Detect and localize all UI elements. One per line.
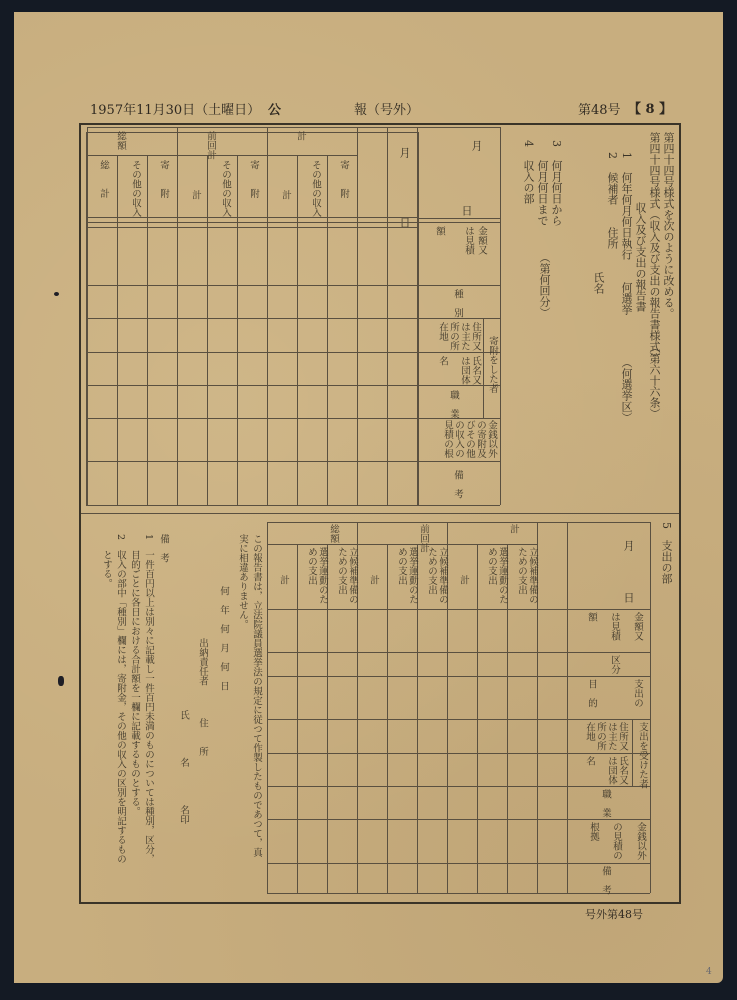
income-col-month: 月 <box>398 147 411 158</box>
item-3-num: 3 <box>550 140 563 147</box>
election-type: 何選挙 <box>620 282 633 315</box>
header-publication-left: 公 <box>268 99 281 118</box>
income-subheader-line <box>86 227 418 228</box>
amendment-text: 第四十四号様式を次のように改める。 <box>662 132 675 319</box>
income-table-left <box>86 132 87 505</box>
header-date: 1957年11月30日（土曜日） <box>90 99 260 118</box>
header-issue: 第48号 <box>578 99 621 118</box>
income-table-bottom <box>86 505 418 506</box>
form-title: 第四十四号様式（収入及び支出の報告書様式） <box>648 132 661 363</box>
income-table-right <box>418 132 419 505</box>
item-3-period: （第何回分） <box>538 252 551 318</box>
item-3-to: 何月何日まで <box>536 160 549 226</box>
header-page-number: 【 8 】 <box>628 98 672 117</box>
income-table-top <box>86 132 418 133</box>
frame-bottom <box>79 902 681 904</box>
gazette-page: 1957年11月30日（土曜日） 公 報（号外） 第48号 【 8 】 第四十四… <box>14 12 723 983</box>
frame-top <box>79 123 681 125</box>
article-ref: （第六十六条） <box>648 342 661 419</box>
item-4-num: 4 <box>522 140 535 147</box>
item-1-num: 1 <box>620 152 633 159</box>
income-section-title: 収入の部 <box>522 160 535 204</box>
item-2-num: 2 <box>606 152 619 159</box>
header-publication-right: 報（号外） <box>354 99 419 118</box>
district: （何選挙区） <box>620 357 633 423</box>
income-header-line <box>86 217 418 218</box>
item-2-text: 候補者 住所 <box>606 172 619 249</box>
item-1-text: 何年何月何日執行 <box>620 172 633 260</box>
item-2-name: 氏名 <box>592 272 605 294</box>
frame-right <box>679 123 681 904</box>
section-divider <box>81 513 679 514</box>
item-3-from: 何月何日から <box>550 160 563 226</box>
report-title: 収入及び支出の報告書 <box>634 202 647 312</box>
